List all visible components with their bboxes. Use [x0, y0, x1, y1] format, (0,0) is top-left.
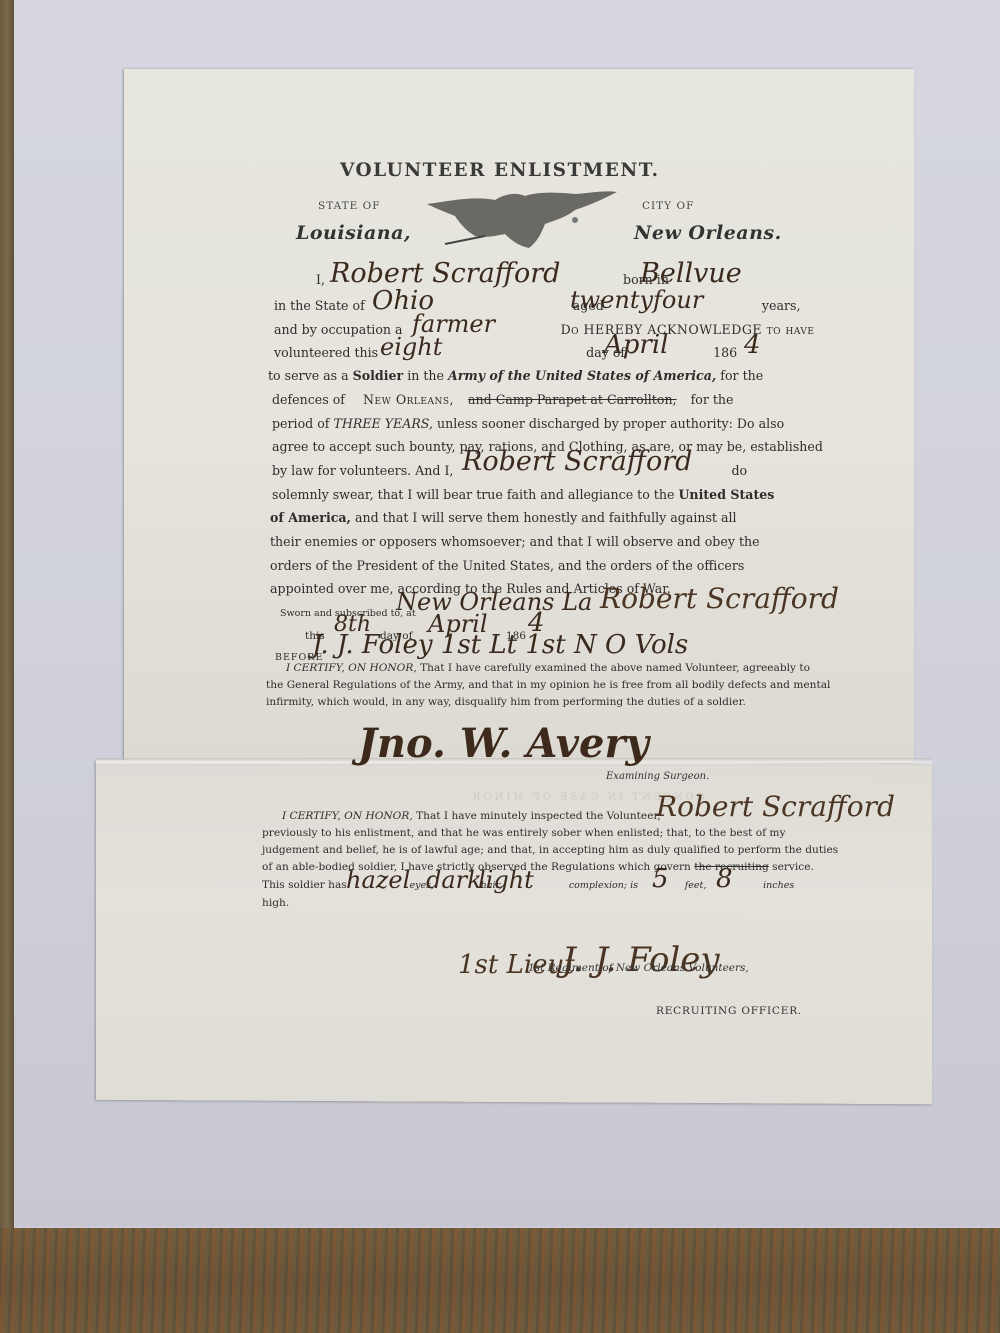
- state-label: STATE OF: [318, 200, 381, 212]
- wood-surface-bottom: [0, 1228, 1000, 1333]
- surgeon-role: Examining Surgeon.: [606, 771, 709, 782]
- regiment-label: 1st Regiment of New Orleans Volunteers,: [528, 962, 749, 974]
- label-years: years,: [762, 298, 801, 313]
- document-title: VOLUNTEER ENLISTMENT.: [340, 160, 660, 181]
- enlist-line-13: orders of the President of the United St…: [270, 556, 744, 577]
- text: for the: [720, 368, 763, 383]
- officer-cert-line-1: I CERTIFY, ON HONOR, That I have minutel…: [282, 808, 661, 825]
- height-inches-field: 8: [716, 864, 733, 894]
- eagle-icon: [425, 190, 620, 252]
- label-feet: feet,: [685, 880, 707, 891]
- struck-camp-parapet: and Camp Parapet at Carrollton,: [468, 392, 677, 407]
- text: defences of: [272, 392, 345, 407]
- eyes-field: hazel: [346, 866, 410, 894]
- text-army: Army of the United States of America,: [448, 368, 716, 383]
- surgeon-signature: Jno. W. Avery: [358, 720, 649, 767]
- enlist-line-2: in the State of aged years,: [274, 296, 800, 317]
- enlist-line-3: and by occupation a Do HEREBY ACKNOWLEDG…: [274, 320, 814, 341]
- text: and that I will serve them honestly and …: [355, 510, 737, 525]
- oath-name-field: Robert Scrafford: [462, 446, 692, 477]
- surgeon-cert-line-1: I CERTIFY, ON HONOR, That I have careful…: [286, 660, 810, 677]
- age-field: twentyfour: [570, 286, 703, 314]
- label-acknowledge: Do HEREBY ACKNOWLEDGE to have: [561, 322, 815, 337]
- text: solemnly swear, that I will bear true fa…: [272, 487, 674, 502]
- label-volunteered-this: volunteered this: [274, 345, 378, 360]
- text-new-orleans: New Orleans,: [363, 392, 454, 407]
- volunteer-name-field: Robert Scrafford: [330, 258, 560, 289]
- enlist-line-11: of America, and that I will serve them h…: [270, 508, 737, 529]
- text: in the: [407, 368, 444, 383]
- soldier-description-end: high.: [262, 895, 289, 912]
- text: period of: [272, 416, 329, 431]
- enlist-line-6: defences of New Orleans, and Camp Parape…: [272, 390, 733, 411]
- surgeon-cert-line-3: infirmity, which would, in any way, disq…: [266, 694, 746, 711]
- volunteer-signature: Robert Scrafford: [600, 582, 839, 615]
- enlist-day-field: eight: [380, 333, 442, 361]
- text: That I have minutely inspected the Volun…: [416, 810, 661, 822]
- complexion-field: light: [478, 866, 534, 894]
- label-i: I,: [316, 272, 325, 287]
- certify-lead: I CERTIFY, ON HONOR,: [286, 662, 417, 674]
- text-three-years: THREE YEARS,: [333, 416, 433, 431]
- city-name: New Orleans.: [634, 222, 782, 244]
- label-year-prefix: 186: [713, 345, 737, 360]
- text: service.: [772, 861, 814, 873]
- label-state-of: in the State of: [274, 298, 365, 313]
- recruiting-officer-role: RECRUITING OFFICER.: [656, 1005, 802, 1017]
- text-soldier: Soldier: [353, 368, 404, 383]
- officer-cert-volunteer-name: Robert Scrafford: [656, 790, 895, 823]
- text: unless sooner discharged by proper autho…: [437, 416, 784, 431]
- text: by law for volunteers. And I,: [272, 463, 453, 478]
- sworn-place-field: New Orleans La: [396, 588, 592, 616]
- before-officer-field: J. J. Foley 1st Lt 1st N O Vols: [312, 630, 688, 660]
- text: to serve as a: [268, 368, 349, 383]
- text: for the: [691, 392, 734, 407]
- text-of-america: of America,: [270, 510, 351, 525]
- height-feet-field: 5: [652, 864, 669, 894]
- surgeon-cert-line-2: the General Regulations of the Army, and…: [266, 677, 830, 694]
- label-complexion: complexion; is: [569, 880, 638, 891]
- enlist-year-suffix-field: 4: [744, 330, 761, 360]
- text: do: [731, 463, 747, 478]
- officer-cert-line-3: judgement and belief, he is of lawful ag…: [262, 842, 838, 859]
- officer-cert-line-2: previously to his enlistment, and that h…: [262, 825, 785, 842]
- enlist-line-7: period of THREE YEARS, unless sooner dis…: [272, 414, 784, 435]
- state-name: Louisiana,: [296, 222, 411, 244]
- enlist-line-10: solemnly swear, that I will bear true fa…: [272, 485, 774, 506]
- hair-field: dark: [426, 866, 482, 894]
- text-united-states: United States: [678, 487, 774, 502]
- enlist-line-12: their enemies or opposers whomsoever; an…: [270, 532, 760, 553]
- city-label: CITY OF: [642, 200, 694, 212]
- recruiting-officer-signature: J. J. Foley: [562, 940, 720, 980]
- enlist-month-field: April: [604, 330, 668, 360]
- certify-lead: I CERTIFY, ON HONOR,: [282, 810, 413, 822]
- birthplace-field: Bellvue: [640, 258, 742, 289]
- wood-surface-left: [0, 0, 14, 1333]
- enlist-line-5: to serve as a Soldier in the Army of the…: [268, 366, 763, 387]
- text: This soldier has: [262, 879, 347, 891]
- text: That I have carefully examined the above…: [420, 662, 810, 674]
- label-inches: inches: [763, 880, 794, 891]
